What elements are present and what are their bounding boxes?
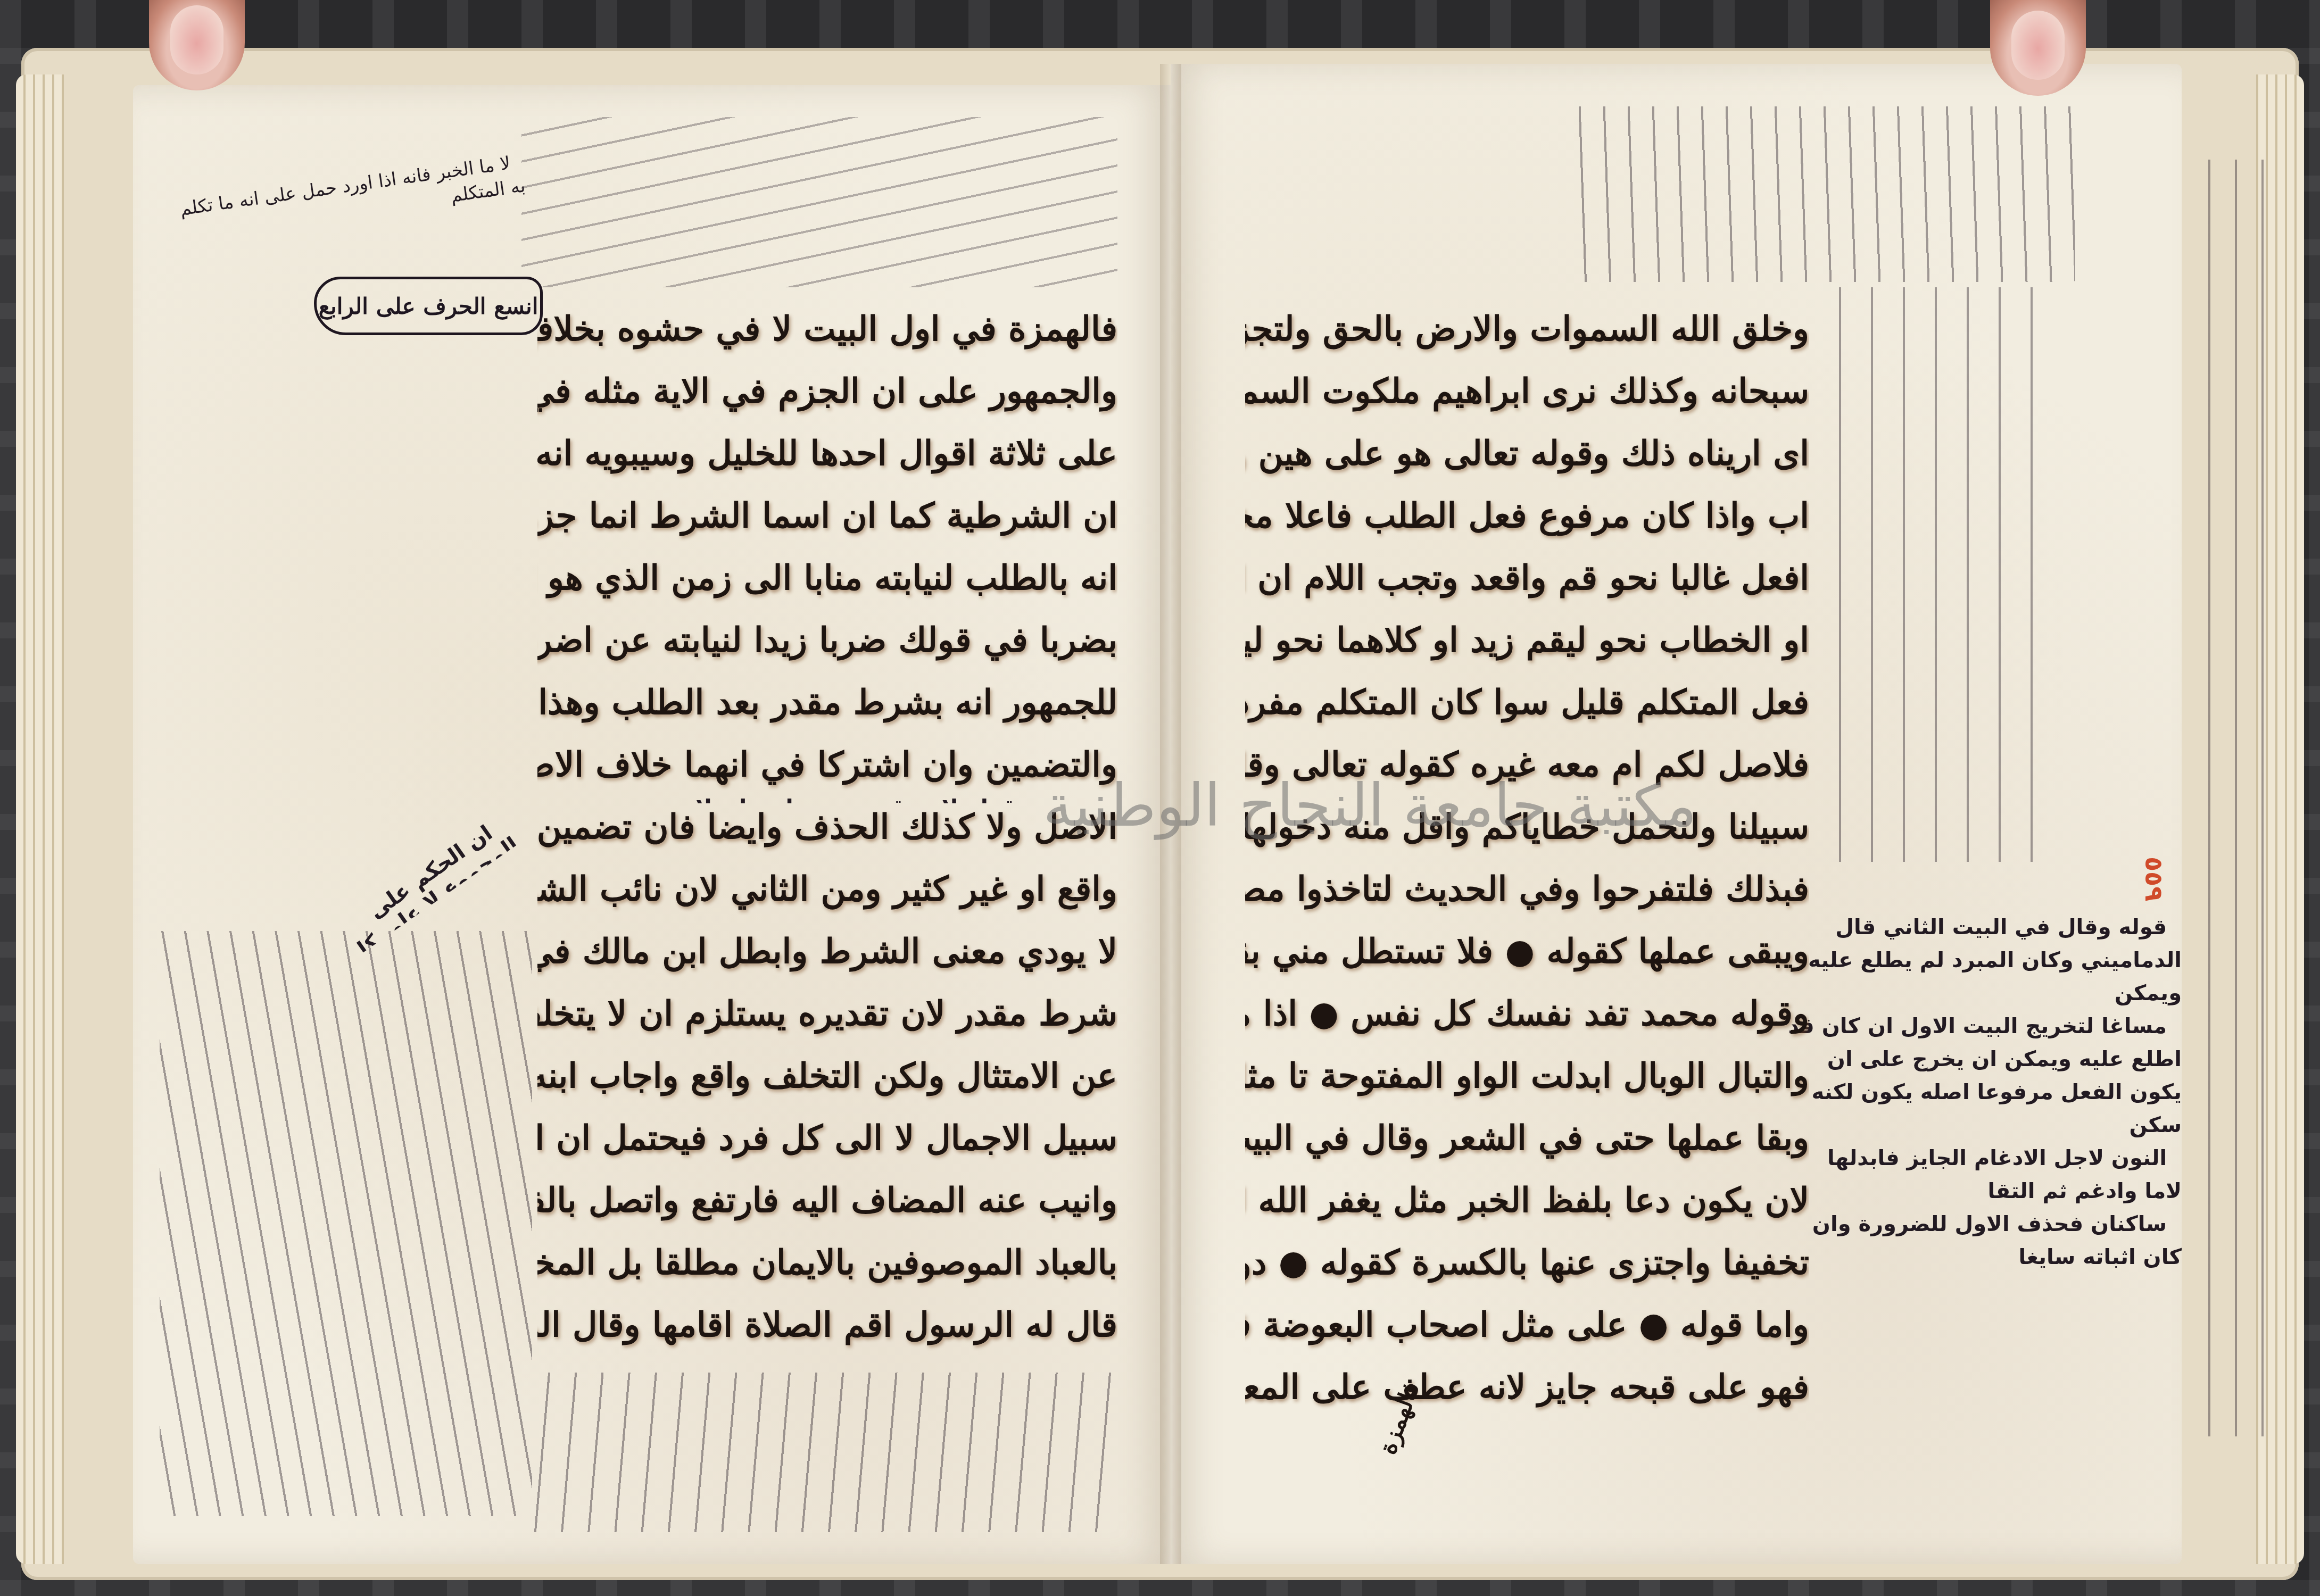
left-margin-dense-notes [160, 931, 532, 1516]
left-bottom-dense-notes [532, 1373, 1117, 1532]
left-top-dense-notes [521, 117, 1117, 287]
left-main-text: فالهمزة في اول البيت لا في حشوه بخلافها … [537, 298, 1117, 1356]
right-side-dense-notes [1820, 287, 2043, 862]
heading-text: انسع الحرف على الرابع [319, 293, 538, 319]
foliation-mark: ٥٥٩ [2140, 857, 2168, 901]
right-main-text: وخلق الله السموات والارض بالحق ولتجزى كل… [1245, 298, 1809, 1418]
framed-heading: انسع الحرف على الرابع [314, 277, 543, 335]
right-top-dense-notes [1570, 106, 2075, 282]
right-finger [1990, 0, 2086, 96]
right-margin-note-block: قوله وقال في البيت الثاني قال الدماميني … [1788, 878, 2182, 1357]
page-edges-left [16, 74, 64, 1564]
right-edge-dense-notes [2192, 160, 2267, 1436]
library-watermark: مكتبة جامعة النجاح الوطنية [1043, 771, 1697, 839]
